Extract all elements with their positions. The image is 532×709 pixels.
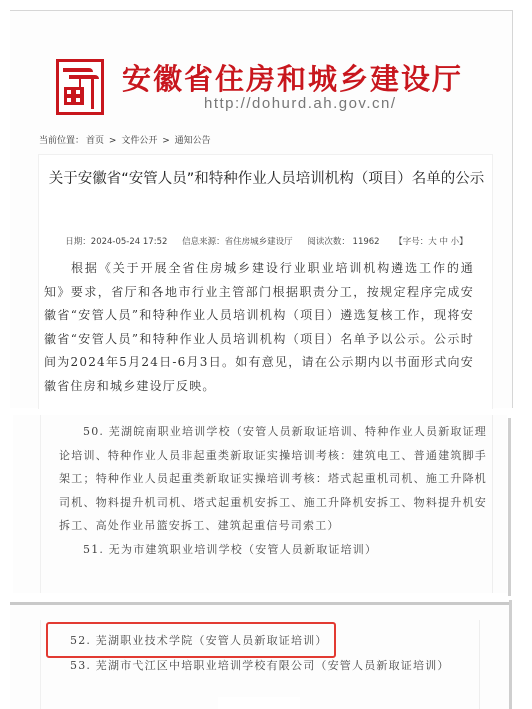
article-source: 信息来源：省住房城乡建设厅 xyxy=(182,237,293,247)
website-panel: 安徽省住房和城乡建设厅 http://dohurd.ah.gov.cn/ 当前位… xyxy=(10,10,513,408)
list-item-highlighted: 52. 芜湖职业技术学院（安管人员新取证培训） xyxy=(70,632,328,648)
panel-edge xyxy=(508,418,511,596)
article-views: 阅读次数： 11962 xyxy=(307,237,379,247)
article-title: 关于安徽省“安管人员”和特种作业人员培训机构（项目）名单的公示 xyxy=(39,169,494,189)
article-date: 日期：2024-05-24 17:52 xyxy=(65,237,167,247)
document-scan-panel: 50. 芜湖皖南职业培训学校（安管人员新取证培训、特种作业人员新取证理论培训、特… xyxy=(13,415,507,593)
breadcrumb-prefix: 当前位置： xyxy=(39,136,84,146)
article-panel: 关于安徽省“安管人员”和特种作业人员培训机构（项目）名单的公示 日期：2024-… xyxy=(38,154,493,409)
breadcrumb-notices[interactable]: 通知公告 xyxy=(175,136,211,146)
breadcrumb-separator: > xyxy=(162,136,170,146)
breadcrumb-home[interactable]: 首页 xyxy=(86,136,104,146)
breadcrumb-separator: > xyxy=(109,136,117,146)
breadcrumb-documents[interactable]: 文件公开 xyxy=(121,136,157,146)
breadcrumb: 当前位置：首页 > 文件公开 > 通知公告 xyxy=(39,133,213,146)
site-title[interactable]: 安徽省住房和城乡建设厅 xyxy=(122,57,463,98)
red-seal-archway-logo-icon[interactable] xyxy=(56,59,104,115)
font-size-control[interactable]: 【字号：大 中 小】 xyxy=(394,237,467,247)
list-item: 53. 芜湖市弋江区中培职业培训学校有限公司（安管人员新取证培训） xyxy=(70,657,450,673)
site-header: 安徽省住房和城乡建设厅 http://dohurd.ah.gov.cn/ xyxy=(56,49,476,119)
site-url[interactable]: http://dohurd.ah.gov.cn/ xyxy=(204,95,397,112)
article-body: 根据《关于开展全省住房城乡建设行业职业培训机构遴选工作的通知》要求，省厅和各地市… xyxy=(44,257,474,398)
list-item: 50. 芜湖皖南职业培训学校（安管人员新取证培训、特种作业人员新取证理论培训、特… xyxy=(59,420,487,538)
list-item: 51. 无为市建筑职业培训学校（安管人员新取证培训） xyxy=(59,538,487,562)
article-meta: 日期：2024-05-24 17:52 信息来源：省住房城乡建设厅 阅读次数： … xyxy=(39,235,494,247)
panel-edge xyxy=(509,600,512,709)
